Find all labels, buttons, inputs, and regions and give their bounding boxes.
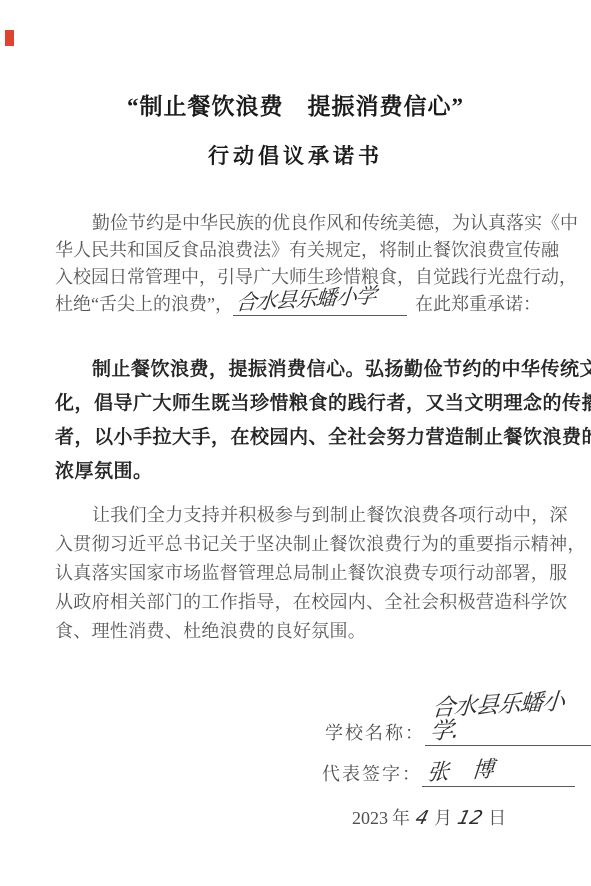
paragraph-intro-line-1: 勤俭节约是中华民族的优良作风和传统美德，为认真落实《中 bbox=[55, 210, 555, 237]
paragraph-pledge-bold: 制止餐饮浪费，提振消费信心。弘扬勤俭节约的中华传统文 化，倡导广大师生既当珍惜粮… bbox=[55, 353, 555, 489]
paragraph-pledge-line-1: 制止餐饮浪费，提振消费信心。弘扬勤俭节约的中华传统文 bbox=[55, 353, 555, 387]
paragraph-pledge-line-2: 化，倡导广大师生既当珍惜粮食的践行者，又当文明理念的传播 bbox=[55, 387, 555, 421]
date-month-unit: 月 bbox=[434, 804, 452, 830]
red-corner-mark bbox=[5, 30, 14, 46]
handwritten-school-name-inline: 合水县乐蟠小学 bbox=[235, 286, 377, 314]
line4-suffix-text: 在此郑重承诺： bbox=[415, 291, 541, 318]
paragraph-pledge-line-3: 者，以小手拉大手，在校园内、全社会努力营造制止餐饮浪费的 bbox=[55, 421, 555, 455]
paragraph-action-line-1: 让我们全力支持并积极参与到制止餐饮浪费各项行动中，深 bbox=[55, 501, 555, 530]
representative-signature-label: 代表签字： bbox=[322, 760, 422, 786]
date-year: 2023 bbox=[352, 808, 388, 829]
date-day-unit: 日 bbox=[488, 804, 506, 830]
paragraph-action-line-2: 入贯彻习近平总书记关于坚决制止餐饮浪费行为的重要指示精神， bbox=[55, 530, 555, 559]
date-row: 2023 年 4 月 12 日 bbox=[352, 804, 510, 830]
date-year-unit: 年 bbox=[392, 804, 410, 830]
representative-signature-line: 张 博 bbox=[422, 763, 575, 787]
line4-prefix-text: 杜绝“舌尖上的浪费”， bbox=[55, 291, 233, 318]
paragraph-pledge-line-4: 浓厚氛围。 bbox=[55, 455, 555, 489]
paragraph-action-line-3: 认真落实国家市场监督管理总局制止餐饮浪费专项行动部署，服 bbox=[55, 559, 555, 588]
paragraph-action-line-4: 从政府相关部门的工作指导，在校园内、全社会积极营造科学饮 bbox=[55, 588, 555, 617]
paragraph-intro: 勤俭节约是中华民族的优良作风和传统美德，为认真落实《中 华人民共和国反食品浪费法… bbox=[55, 210, 555, 318]
document-subtitle: 行动倡议承诺书 bbox=[0, 140, 591, 170]
school-name-signature-line: 合水县乐蟠小学. bbox=[425, 698, 591, 746]
representative-signature-row: 代表签字： 张 博 bbox=[322, 760, 575, 787]
handwritten-representative-signature: 张 博 bbox=[426, 759, 503, 785]
paragraph-action-line-5: 食、理性消费、杜绝浪费的良好氛围。 bbox=[55, 617, 555, 646]
school-name-row: 学校名称： 合水县乐蟠小学. bbox=[325, 698, 591, 746]
handwritten-date-month: 4 bbox=[413, 807, 431, 829]
paragraph-intro-line-2: 华人民共和国反食品浪费法》有关规定，将制止餐饮浪费宣传融 bbox=[55, 237, 555, 264]
school-name-label: 学校名称： bbox=[325, 719, 425, 745]
school-name-blank-inline: 合水县乐蟠小学 bbox=[233, 293, 407, 316]
document-title-quote-line: “制止餐饮浪费 提振消费信心” bbox=[0, 88, 591, 121]
handwritten-date-day: 12 bbox=[455, 807, 485, 829]
pledge-document-page: “制止餐饮浪费 提振消费信心” 行动倡议承诺书 勤俭节约是中华民族的优良作风和传… bbox=[0, 0, 591, 886]
paragraph-intro-line-4: 杜绝“舌尖上的浪费”， 合水县乐蟠小学 在此郑重承诺： bbox=[55, 291, 555, 318]
paragraph-action: 让我们全力支持并积极参与到制止餐饮浪费各项行动中，深 入贯彻习近平总书记关于坚决… bbox=[55, 501, 555, 646]
handwritten-school-name: 合水县乐蟠小学. bbox=[429, 689, 591, 744]
